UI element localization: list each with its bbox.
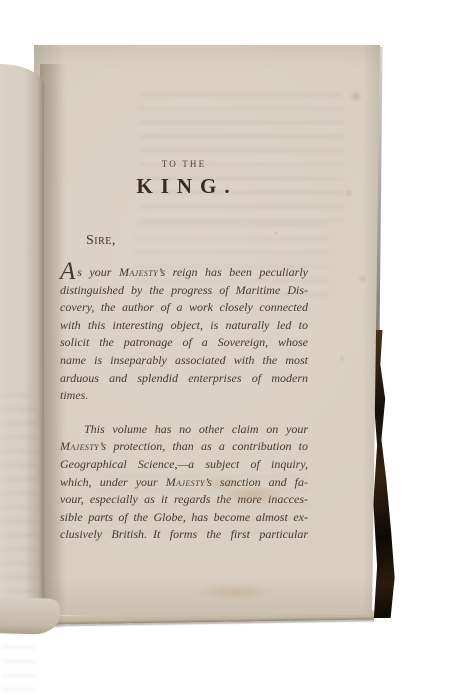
text-line: with this interesting object, is natural… bbox=[60, 317, 308, 335]
left-page-curl bbox=[0, 64, 44, 632]
text-line: which, under your Majesty’s sanction and… bbox=[60, 474, 308, 492]
paragraph: This volume has no other claim on yourMa… bbox=[60, 421, 308, 544]
show-through bbox=[2, 394, 36, 694]
text-line: sible parts of the Globe, has become alm… bbox=[60, 509, 308, 527]
text-line: distinguished by the progress of Maritim… bbox=[60, 282, 308, 300]
text-run: distinguished by the progress of Maritim… bbox=[60, 283, 308, 297]
text-line: covery, the author of a work closely con… bbox=[60, 299, 308, 317]
show-through bbox=[139, 93, 344, 223]
smallcaps-word: Majesty bbox=[166, 475, 205, 489]
text-run: with this interesting object, is natural… bbox=[60, 318, 308, 332]
text-run: covery, the author of a work closely con… bbox=[60, 300, 308, 314]
right-page: TO THE KING. Sire, As your Majesty’s rei… bbox=[34, 45, 380, 615]
text-line: solicit the patronage of a Sovereign, wh… bbox=[60, 334, 308, 352]
text-line: This volume has no other claim on your bbox=[60, 421, 308, 439]
dedication-text: As your Majesty’s reign has been peculia… bbox=[60, 264, 308, 544]
text-line: As your Majesty’s reign has been peculia… bbox=[60, 264, 308, 282]
text-run: ’s sanction and fa- bbox=[205, 475, 308, 489]
book-photograph: TO THE KING. Sire, As your Majesty’s rei… bbox=[0, 0, 469, 700]
text-run: which, under your bbox=[60, 475, 166, 489]
left-page-curl-bottom bbox=[0, 597, 60, 635]
dedication-title: KING. bbox=[60, 174, 308, 199]
smallcaps-word: Majesty bbox=[119, 265, 158, 279]
text-run: This volume has no other claim on your bbox=[84, 422, 308, 436]
paragraph: As your Majesty’s reign has been peculia… bbox=[60, 264, 308, 405]
text-run: ’s protection, than as a contribution to bbox=[99, 439, 308, 453]
dedication-kicker: TO THE bbox=[60, 159, 308, 169]
salutation: Sire, bbox=[86, 233, 116, 249]
text-run: ’s reign has been peculiarly bbox=[158, 265, 308, 279]
text-line: name is inseparably associated with the … bbox=[60, 352, 308, 370]
text-line: clusively British. It forms the first pa… bbox=[60, 526, 308, 544]
text-run: sible parts of the Globe, has become alm… bbox=[60, 510, 308, 524]
text-line: arduous and splendid enterprises of mode… bbox=[60, 370, 308, 388]
text-run: solicit the patronage of a Sovereign, wh… bbox=[60, 335, 308, 349]
text-line: times. bbox=[60, 387, 308, 405]
text-run: s your bbox=[77, 265, 119, 279]
text-run: vour, especially as it regards the more … bbox=[60, 492, 308, 506]
text-line: vour, especially as it regards the more … bbox=[60, 491, 308, 509]
text-line: Geographical Science,—a subject of inqui… bbox=[60, 456, 308, 474]
text-run: clusively British. It forms the first pa… bbox=[60, 527, 308, 541]
text-line: Majesty’s protection, than as a contribu… bbox=[60, 438, 308, 456]
text-run: arduous and splendid enterprises of mode… bbox=[60, 371, 308, 385]
text-run: Geographical Science,—a subject of inqui… bbox=[60, 457, 308, 471]
text-run: name is inseparably associated with the … bbox=[60, 353, 308, 367]
